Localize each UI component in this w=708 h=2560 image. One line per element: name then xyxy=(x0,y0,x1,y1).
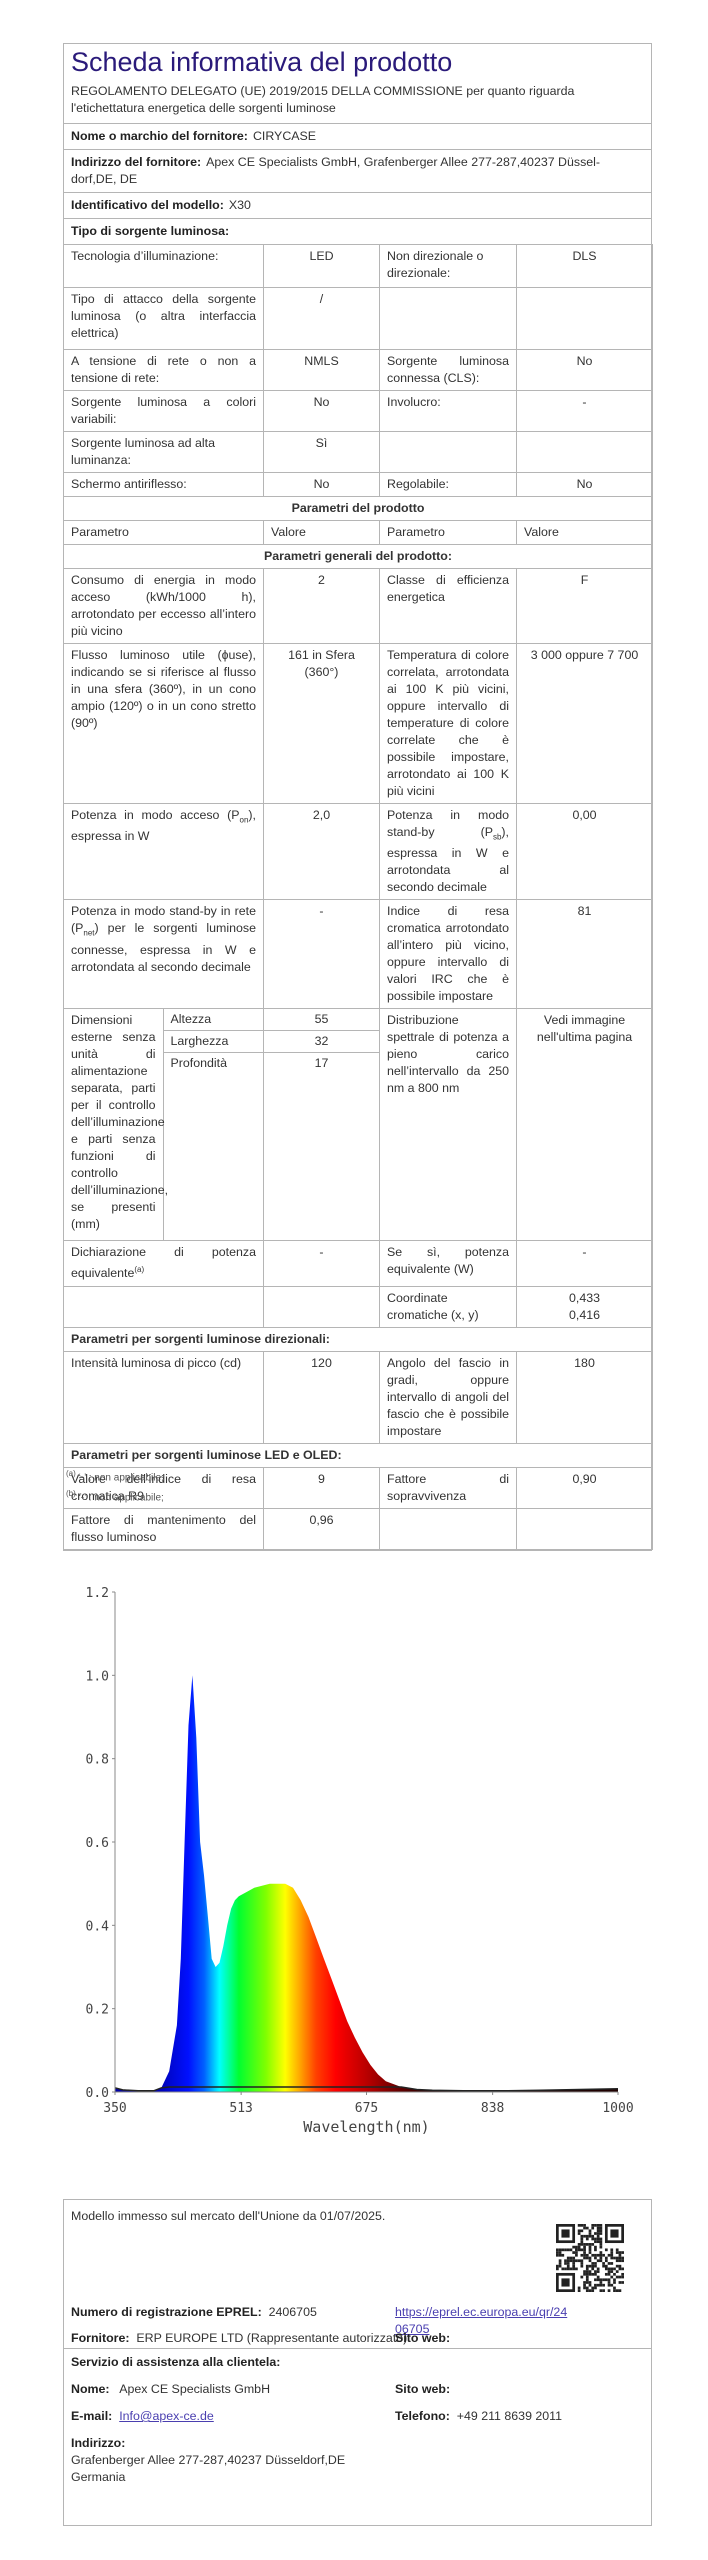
x-tick-label: 350 xyxy=(103,2101,126,2116)
y-tick-label: 0.2 xyxy=(86,2003,109,2018)
dimension-value: 55 xyxy=(264,1009,379,1031)
light-source-type-heading: Tipo di sorgente luminosa: xyxy=(64,219,651,244)
product-params-heading: Parametri del prodotto xyxy=(64,497,653,521)
param-cell xyxy=(380,432,517,473)
product-info-sheet: Scheda informativa del prodotto REGOLAME… xyxy=(63,43,652,1551)
table-row: Consumo di energia in modo acceso (kWh/1… xyxy=(64,569,653,644)
param-cell: Fattore di mantenimento del flusso lumin… xyxy=(64,1508,264,1549)
param-cell: Regolabile: xyxy=(380,473,517,497)
customer-service-heading: Servizio di assistenza alla clientela: xyxy=(71,2354,280,2371)
param-cell: Sorgente luminosa ad alta luminanza: xyxy=(64,432,264,473)
y-tick-label: 1.2 xyxy=(86,1586,109,1601)
specs-table: Tecnologia d’illuminazione: LED Non dire… xyxy=(63,244,653,1550)
y-tick-label: 0.0 xyxy=(86,2086,109,2101)
supplier-name-value: CIRYCASE xyxy=(253,129,316,143)
cs-phone-value: +49 211 8639 2011 xyxy=(457,2409,562,2423)
param-cell: Sorgente luminosa connessa (CLS): xyxy=(380,350,517,391)
footnote-mark: (b) xyxy=(66,1489,76,1498)
light-source-type-heading-text: Tipo di sorgente luminosa: xyxy=(71,224,229,238)
x-tick-label: 513 xyxy=(229,2101,252,2116)
model-value: X30 xyxy=(229,198,251,212)
customer-service-heading-text: Servizio di assistenza alla clientela: xyxy=(71,2355,280,2369)
param-cell: Involucro: xyxy=(380,391,517,432)
supplier-value: ERP EUROPE LTD (Rappresentante autorizza… xyxy=(136,2331,407,2345)
value-cell: 120 xyxy=(264,1351,380,1443)
chromaticity-y: 0,416 xyxy=(524,1307,645,1324)
cs-website-label: Sito web: xyxy=(395,2382,450,2396)
param-cell: Consumo di energia in modo acceso (kWh/1… xyxy=(64,569,264,644)
param-cell: Potenza in modo stand-by in rete (Pnet) … xyxy=(64,900,264,1009)
directional-heading: Parametri per sorgenti luminose direzion… xyxy=(64,1327,653,1351)
chromaticity-x: 0,433 xyxy=(524,1290,645,1307)
value-cell: LED xyxy=(264,245,380,288)
cs-address-label: Indirizzo: xyxy=(71,2435,125,2452)
footnote-text: ‘-’ : non applicabile; xyxy=(79,1472,164,1483)
value-cell: - xyxy=(517,1241,653,1286)
table-row: A tensione di rete o non a tensione di r… xyxy=(64,350,653,391)
cs-phone-row: Telefono: +49 211 8639 2011 xyxy=(395,2408,562,2425)
table-row: Tecnologia d’illuminazione: LED Non dire… xyxy=(64,245,653,288)
eprel-label: Numero di registrazione EPREL: xyxy=(71,2305,262,2319)
value-cell: 2,0 xyxy=(264,804,380,900)
table-row: Parametri per sorgenti luminose LED e OL… xyxy=(64,1443,653,1467)
value-cell: 0,96 xyxy=(264,1508,380,1549)
supplier-label: Fornitore: xyxy=(71,2331,130,2345)
cs-address-line1: Grafenberger Allee 277-287,40237 Düsseld… xyxy=(71,2452,345,2469)
eprel-value: 2406705 xyxy=(269,2305,317,2319)
market-date-text: Modello immesso sul mercato dell'Unione … xyxy=(71,2208,385,2225)
dimensions-values-cell: 55 32 17 xyxy=(264,1009,380,1241)
param-cell: Sorgente luminosa a colori variabili: xyxy=(64,391,264,432)
cs-name-value: Apex CE Specialists GmbH xyxy=(119,2382,270,2396)
value-cell: 3 000 oppure 7 700 xyxy=(517,644,653,804)
value-cell: 0,00 xyxy=(517,804,653,900)
footnote: (b) ‘-’ : non applicabile; xyxy=(66,1486,164,1506)
value-cell: Sì xyxy=(264,432,380,473)
value-cell: 2 xyxy=(264,569,380,644)
value-cell: 9 xyxy=(264,1467,380,1508)
value-cell: / xyxy=(264,288,380,350)
value-cell: No xyxy=(264,473,380,497)
param-text: Dichiarazione di potenza equivalente xyxy=(71,1245,256,1280)
value-cell xyxy=(264,1286,380,1327)
table-row: Coordinate cromatiche (x, y) 0,4330,416 xyxy=(64,1286,653,1327)
qr-code-icon[interactable] xyxy=(556,2222,624,2294)
param-subscript: net xyxy=(83,929,94,938)
y-tick-label: 1.0 xyxy=(86,1669,109,1684)
cs-email-link[interactable]: Info@apex-ce.de xyxy=(119,2409,214,2423)
eprel-row: Numero di registrazione EPREL: 2406705 xyxy=(71,2304,317,2321)
page-title: Scheda informativa del prodotto xyxy=(64,44,651,81)
param-cell xyxy=(64,1286,264,1327)
value-cell: - xyxy=(517,391,653,432)
x-tick-label: 838 xyxy=(481,2101,504,2116)
table-row: Intensità luminosa di picco (cd) 120 Ang… xyxy=(64,1351,653,1443)
dimension-value: 32 xyxy=(264,1031,379,1053)
website-label-text: Sito web: xyxy=(395,2331,450,2345)
param-cell: Temperatura di colore correlata, arroton… xyxy=(380,644,517,804)
led-heading: Parametri per sorgenti luminose LED e OL… xyxy=(64,1443,653,1467)
value-cell: - xyxy=(264,1241,380,1286)
footnote-mark: (a) xyxy=(66,1469,76,1478)
table-row: Sorgente luminosa ad alta luminanza: Sì xyxy=(64,432,653,473)
general-params-heading: Parametri generali del prodotto: xyxy=(64,545,653,569)
value-cell: NMLS xyxy=(264,350,380,391)
param-text: Potenza in modo stand-by (P xyxy=(387,808,509,839)
param-cell: Fattore di sopravvivenza xyxy=(380,1467,517,1508)
cs-name-row: Nome: Apex CE Specialists GmbH xyxy=(71,2381,270,2398)
footnotes: (a) ‘-’ : non applicabile; (b) ‘-’ : non… xyxy=(66,1466,164,1507)
value-cell: 180 xyxy=(517,1351,653,1443)
param-cell: Angolo del fascio in gradi, oppure inter… xyxy=(380,1351,517,1443)
param-cell: Tecnologia d’illuminazione: xyxy=(64,245,264,288)
value-cell: 0,90 xyxy=(517,1467,653,1508)
value-cell: No xyxy=(517,473,653,497)
value-cell xyxy=(517,1508,653,1549)
table-row: Sorgente luminosa a colori variabili: No… xyxy=(64,391,653,432)
column-header-param: Parametro xyxy=(64,521,264,545)
param-cell: Tipo di attacco della sorgente luminosa … xyxy=(64,288,264,350)
spectral-distribution-chart: 0.00.20.40.60.81.01.23505136758381000Wav… xyxy=(40,1575,670,2135)
eprel-link-line1[interactable]: https://eprel.ec.europa.eu/qr/24 xyxy=(395,2305,567,2319)
value-cell: DLS xyxy=(517,245,653,288)
param-cell: Non direzionale o direzionale: xyxy=(380,245,517,288)
column-header-param: Parametro xyxy=(380,521,517,545)
cs-address-label-text: Indirizzo: xyxy=(71,2436,125,2450)
param-text: Potenza in modo acceso (P xyxy=(71,808,240,822)
supplier-address-label: Indirizzo del fornitore: xyxy=(71,155,201,169)
table-header-row: Parametro Valore Parametro Valore xyxy=(64,521,653,545)
value-cell: F xyxy=(517,569,653,644)
param-cell: Potenza in modo acceso (Pon), espressa i… xyxy=(64,804,264,900)
footnote-text: ‘-’ : non applicabile; xyxy=(79,1493,164,1504)
table-row: Parametri generali del prodotto: xyxy=(64,545,653,569)
table-row: Flusso luminoso utile (ɸuse), indicando … xyxy=(64,644,653,804)
model-row: Identificativo del modello:X30 xyxy=(64,193,651,219)
dimension-name: Larghezza xyxy=(163,1031,264,1053)
param-cell xyxy=(380,288,517,350)
param-cell: Flusso luminoso utile (ɸuse), indicando … xyxy=(64,644,264,804)
column-header-value: Valore xyxy=(264,521,380,545)
table-row: Potenza in modo stand-by in rete (Pnet) … xyxy=(64,900,653,1009)
table-row-dimensions: Dimensioni esterne senza unità di alimen… xyxy=(64,1009,653,1241)
param-cell: A tensione di rete o non a tensione di r… xyxy=(64,350,264,391)
value-cell: - xyxy=(264,900,380,1009)
param-text: ) per le sorgenti luminose connesse, esp… xyxy=(71,921,256,973)
value-cell: No xyxy=(517,350,653,391)
value-cell: 81 xyxy=(517,900,653,1009)
footnote: (a) ‘-’ : non applicabile; xyxy=(66,1466,164,1486)
value-cell: 0,4330,416 xyxy=(517,1286,653,1327)
y-tick-label: 0.8 xyxy=(86,1753,109,1768)
cs-website-row: Sito web: xyxy=(395,2381,450,2398)
value-cell xyxy=(517,288,653,350)
param-cell: Coordinate cromatiche (x, y) xyxy=(380,1286,517,1327)
dimensions-cell: Dimensioni esterne senza unità di alimen… xyxy=(64,1009,264,1241)
y-tick-label: 0.6 xyxy=(86,1836,109,1851)
value-cell: Vedi immagine nell'ultima pagina xyxy=(517,1009,653,1241)
dimensions-label: Dimensioni esterne senza unità di alimen… xyxy=(64,1009,163,1240)
dimension-name: Profondità xyxy=(163,1053,264,1241)
cs-address-line2: Germania xyxy=(71,2469,125,2486)
table-row: Potenza in modo acceso (Pon), espressa i… xyxy=(64,804,653,900)
supplier-name-label: Nome o marchio del fornitore: xyxy=(71,129,248,143)
supplier-row: Fornitore: ERP EUROPE LTD (Rappresentant… xyxy=(71,2330,407,2347)
regulation-text: REGOLAMENTO DELEGATO (UE) 2019/2015 DELL… xyxy=(64,81,651,124)
param-cell: Intensità luminosa di picco (cd) xyxy=(64,1351,264,1443)
param-cell: Dichiarazione di potenza equivalente(a) xyxy=(64,1241,264,1286)
param-cell: Classe di efficienza energetica xyxy=(380,569,517,644)
param-cell: Indice di resa cromatica arrotondato all… xyxy=(380,900,517,1009)
cs-phone-label: Telefono: xyxy=(395,2409,450,2423)
supplier-name-row: Nome o marchio del fornitore:CIRYCASE xyxy=(64,124,651,150)
customer-service-box: Servizio di assistenza alla clientela: N… xyxy=(63,2349,652,2526)
x-tick-label: 1000 xyxy=(602,2101,633,2116)
model-label: Identificativo del modello: xyxy=(71,198,224,212)
supplier-address-row: Indirizzo del fornitore:Apex CE Speciali… xyxy=(64,150,651,193)
column-header-value: Valore xyxy=(517,521,653,545)
table-row: Dichiarazione di potenza equivalente(a) … xyxy=(64,1241,653,1286)
param-cell: Schermo antiriflesso: xyxy=(64,473,264,497)
supplier-website-label: Sito web: xyxy=(395,2330,450,2347)
param-cell: Potenza in modo stand-by (Psb), espressa… xyxy=(380,804,517,900)
value-cell: No xyxy=(264,391,380,432)
table-row: Fattore di mantenimento del flusso lumin… xyxy=(64,1508,653,1549)
value-cell xyxy=(517,432,653,473)
table-row: Parametri del prodotto xyxy=(64,497,653,521)
dimension-value: 17 xyxy=(264,1053,379,1074)
chart-plot-area: 0.00.20.40.60.81.01.23505136758381000Wav… xyxy=(86,1586,634,2135)
dimension-name: Altezza xyxy=(163,1009,264,1031)
x-axis-label: Wavelength(nm) xyxy=(303,2118,429,2135)
param-cell: Distribuzione spettrale di potenza a pie… xyxy=(380,1009,517,1241)
footnote-marker: (a) xyxy=(134,1265,144,1274)
table-row: Parametri per sorgenti luminose direzion… xyxy=(64,1327,653,1351)
cs-email-row: E-mail: Info@apex-ce.de xyxy=(71,2408,214,2425)
value-cell: 161 in Sfera (360°) xyxy=(264,644,380,804)
y-tick-label: 0.4 xyxy=(86,1919,110,1934)
param-cell: Se sì, potenza equivalente (W) xyxy=(380,1241,517,1286)
cs-name-label: Nome: xyxy=(71,2382,110,2396)
table-row: Tipo di attacco della sorgente luminosa … xyxy=(64,288,653,350)
table-row: Schermo antiriflesso: No Regolabile: No xyxy=(64,473,653,497)
market-info-box: Modello immesso sul mercato dell'Unione … xyxy=(63,2199,652,2349)
x-tick-label: 675 xyxy=(355,2101,378,2116)
param-cell xyxy=(380,1508,517,1549)
cs-email-label: E-mail: xyxy=(71,2409,112,2423)
